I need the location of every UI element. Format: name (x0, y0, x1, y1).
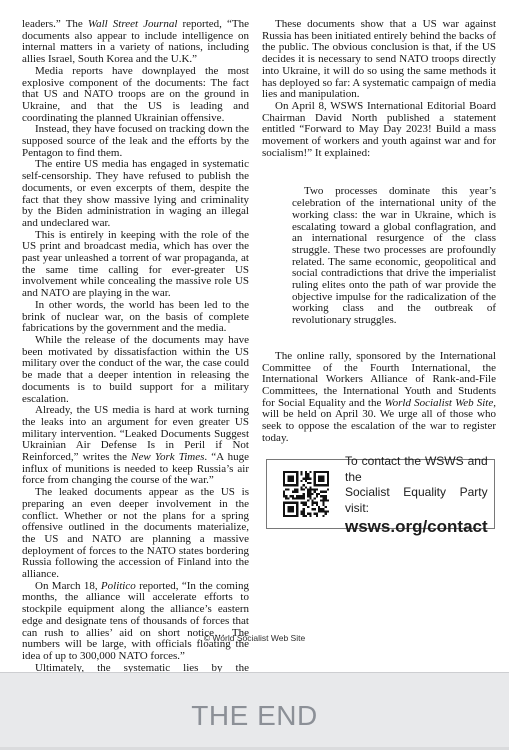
end-label: THE END (0, 673, 509, 732)
paragraph: Instead, they have focused on tracking d… (22, 124, 249, 159)
contact-box: To contact the WSWS and the Socialist Eq… (266, 459, 495, 529)
paragraph: On March 18, Politico reported, “In the … (22, 581, 249, 663)
paragraph: While the release of the documents may h… (22, 335, 249, 405)
contact-text-line2: Socialist Equality Party visit: (345, 485, 488, 516)
end-band: THE END (0, 672, 509, 750)
contact-text-line1: To contact the WSWS and the (345, 454, 488, 485)
paragraph: This is entirely in keeping with the rol… (22, 230, 249, 300)
qr-code-icon (283, 471, 329, 517)
right-column-text: These documents show that a US war again… (262, 19, 496, 445)
block-quote: Two processes dominate this year’s celeb… (292, 186, 496, 326)
left-column: leaders.” The Wall Street Journal report… (22, 19, 249, 709)
paragraph: In other words, the world has been led t… (22, 300, 249, 335)
paragraph: Media reports have downplayed the most e… (22, 66, 249, 125)
paragraph: On April 8, WSWS International Editorial… (262, 101, 496, 160)
paragraph: The entire US media has engaged in syste… (22, 159, 249, 229)
paragraph: Already, the US media is hard at work tu… (22, 405, 249, 487)
paragraph: leaders.” The Wall Street Journal report… (22, 19, 249, 66)
right-column: These documents show that a US war again… (262, 19, 496, 529)
contact-text: To contact the WSWS and the Socialist Eq… (345, 454, 488, 533)
copyright-notice: © World Socialist Web Site (0, 633, 509, 643)
paragraph: The online rally, sponsored by the Inter… (262, 351, 496, 445)
paragraph: The leaked documents appear as the US is… (22, 487, 249, 581)
contact-url: wsws.org/contact (345, 521, 488, 533)
paragraph: These documents show that a US war again… (262, 19, 496, 101)
document-page: leaders.” The Wall Street Journal report… (0, 0, 509, 672)
